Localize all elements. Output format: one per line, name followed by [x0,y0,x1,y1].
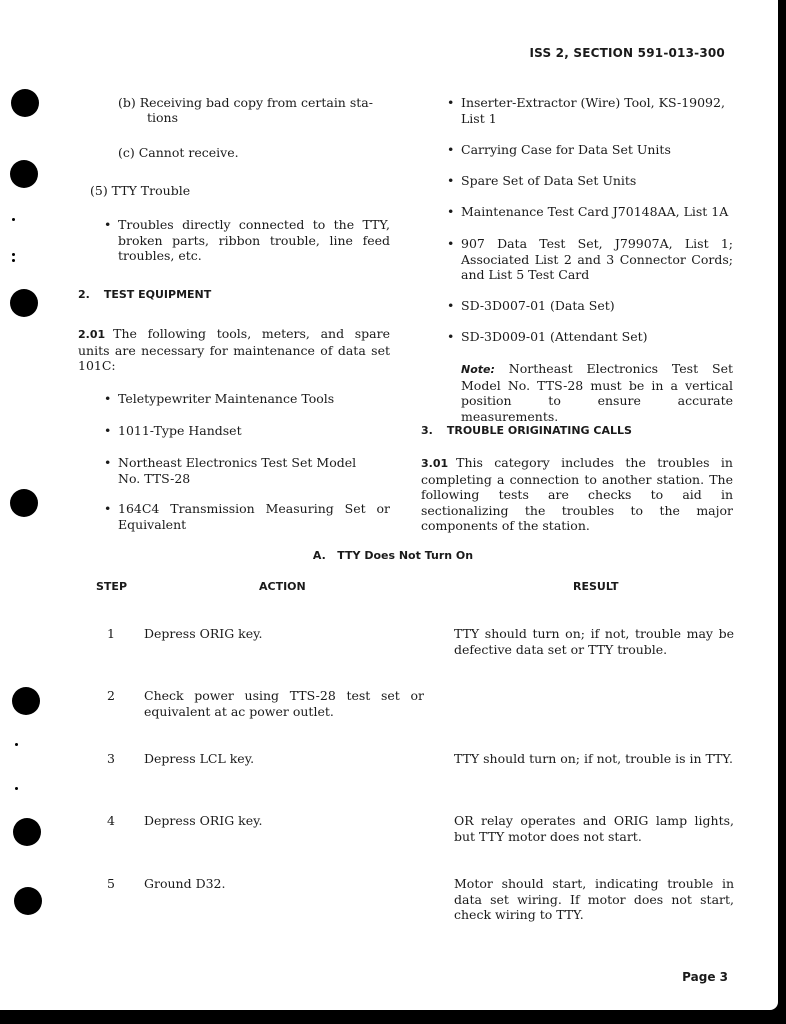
scan-speck [12,253,15,256]
document-page: ISS 2, SECTION 591-013-300 (b) Receiving… [0,0,778,1010]
section-3-title: TROUBLE ORIGINATING CALLS [447,424,632,437]
scan-speck [12,259,15,262]
item-5-heading: (5) TTY Trouble [90,183,190,199]
table-row-action: Depress ORIG key. [144,626,424,642]
note-label: Note: [461,363,495,376]
equipment-item: 907 Data Test Set, J79907A, List 1; Asso… [461,236,733,283]
equipment-item: 1011-Type Handset [118,423,390,439]
item-b-line1: (b) Receiving bad copy from certain sta- [118,95,390,111]
punch-hole [10,289,38,317]
table-row-step: 1 [96,626,126,641]
table-row-step: 2 [96,688,126,703]
paragraph-2-01-text: The following tools, meters, and spare u… [78,326,390,373]
equipment-item: Spare Set of Data Set Units [461,173,733,189]
table-row-step: 4 [96,813,126,828]
equipment-item: SD-3D009-01 (Attendant Set) [461,329,733,345]
equipment-item: Carrying Case for Data Set Units [461,142,733,158]
table-row-action: Depress LCL key. [144,751,424,767]
equipment-item: SD-3D007-01 (Data Set) [461,298,733,314]
page-number: Page 3 [682,970,728,984]
equipment-item: Maintenance Test Card J70148AA, List 1A [461,204,733,220]
item-b-line2: tions [147,110,178,126]
column-header-step: STEP [96,580,127,593]
paragraph-2-01: 2.01The following tools, meters, and spa… [78,326,390,374]
section-2-number: 2. [78,288,90,301]
punch-hole [12,687,40,715]
section-header: ISS 2, SECTION 591-013-300 [529,46,725,60]
table-row-action: Depress ORIG key. [144,813,424,829]
equipment-item: Inserter-Extractor (Wire) Tool, KS-19092… [461,95,733,126]
item-c: (c) Cannot receive. [118,145,239,161]
equipment-item: 164C4 Transmission Measuring Set or Equi… [118,501,390,532]
punch-hole [13,818,41,846]
section-2-heading: 2.TEST EQUIPMENT [78,288,211,301]
table-row-action: Check power using TTS-28 test set or equ… [144,688,424,719]
table-row-step: 3 [96,751,126,766]
paragraph-3-01: 3.01This category includes the troubles … [421,455,733,534]
table-title: A. TTY Does Not Turn On [0,549,786,562]
paragraph-2-01-number: 2.01 [78,328,105,341]
scan-speck [15,743,18,746]
table-row-action: Ground D32. [144,876,424,892]
equipment-item: Northeast Electronics Test Set Model No.… [118,455,363,486]
punch-hole [10,489,38,517]
scan-speck [12,218,15,221]
section-3-number: 3. [421,424,433,437]
note-text: Northeast Electronics Test Set Model No.… [461,361,733,424]
table-row-result: TTY should turn on; if not, trouble may … [454,626,734,657]
punch-hole [11,89,39,117]
section-3-heading: 3.TROUBLE ORIGINATING CALLS [421,424,632,437]
table-row-result: OR relay operates and ORIG lamp lights, … [454,813,734,844]
column-header-result: RESULT [573,580,619,593]
scan-speck [15,787,18,790]
table-row-step: 5 [96,876,126,891]
punch-hole [14,887,42,915]
paragraph-3-01-text: This category includes the troubles in c… [421,455,733,533]
column-header-action: ACTION [259,580,306,593]
punch-hole [10,160,38,188]
section-2-title: TEST EQUIPMENT [104,288,211,301]
table-row-result: Motor should start, indicating trouble i… [454,876,734,923]
paragraph-3-01-number: 3.01 [421,457,448,470]
tty-trouble-bullet: Troubles directly connected to the TTY, … [118,217,390,264]
note: Note: Northeast Electronics Test Set Mod… [461,361,733,424]
table-row-result: TTY should turn on; if not, trouble is i… [454,751,734,767]
equipment-item: Teletypewriter Maintenance Tools [118,391,390,407]
